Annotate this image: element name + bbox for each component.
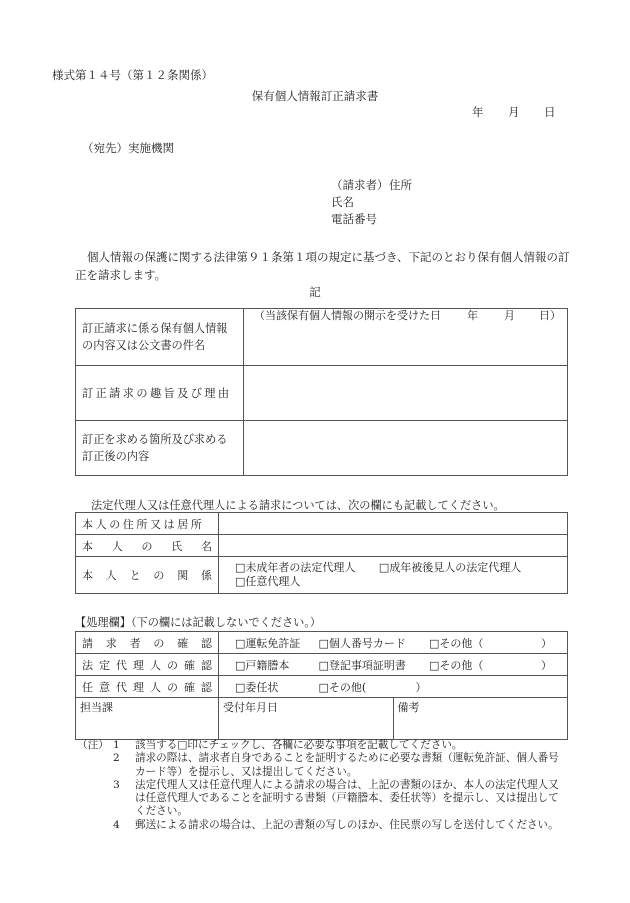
requester-label: （請求者） — [331, 177, 389, 193]
requester-name-label: 氏名 — [331, 194, 354, 210]
checkbox-power-of-attorney[interactable]: 委任状 — [235, 679, 315, 695]
checkbox-other-voluntary-agent[interactable]: その他( — [319, 679, 416, 695]
correction-content-label: 訂正を求める箇所及び求める訂正後の内容 — [76, 421, 244, 476]
notes-prefix: （注） — [77, 739, 113, 752]
correction-request-table: 訂正請求に係る保有個人情報の内容又は公文書の件名 （当該保有個人情報の開示を受け… — [75, 308, 568, 476]
processing-table: 請求者の確認 運転免許証 個人番号カード その他（） 法定代理人の確認 戸籍謄本… — [75, 631, 568, 740]
received-date-field: 受付年月日 — [219, 698, 394, 740]
requester-check-label: 請求者の確認 — [76, 632, 219, 654]
received-date-label: 受付年月日 — [223, 701, 278, 714]
subject-label: 訂正請求に係る保有個人情報の内容又は公文書の件名 — [76, 309, 244, 366]
principal-name-field[interactable] — [219, 535, 568, 557]
processing-section-title: 【処理欄】（下の欄には記載しないでください。） — [75, 614, 321, 630]
disclosure-year: 年 — [467, 309, 478, 323]
checkbox-adult-guardian[interactable]: 成年被後見人の法定代理人 — [379, 561, 521, 575]
table-row: 本人の氏名 — [76, 535, 568, 557]
disclosure-day: 日） — [539, 309, 561, 323]
intro-paragraph: 個人情報の保護に関する法律第９１条第１項の規定に基づき、下記のとおり保有個人情報… — [75, 248, 575, 284]
checkbox-minor-guardian[interactable]: 未成年者の法定代理人 — [235, 561, 355, 575]
table-row: 本人の住所又は居所 — [76, 513, 568, 535]
note-item: 3 法定代理人又は任意代理人による請求の場合は、上記の書類のほか、本人の法定代理… — [77, 779, 565, 819]
department-field: 担当課 — [76, 698, 219, 740]
relationship-label: 本人との関係 — [76, 557, 219, 594]
principal-name-label: 本人の氏名 — [76, 535, 219, 557]
document-title: 保有個人情報訂正請求書 — [0, 88, 630, 104]
disclosure-date-note: （当該保有個人情報の開示を受けた日 — [254, 309, 441, 323]
table-row: 担当課 受付年月日 備考 — [76, 698, 568, 740]
note-item: （注） 1 該当する□印にチェックし、各欄に必要な事項を記載してください。 — [77, 739, 565, 752]
addressee: （宛先）実施機関 — [82, 140, 174, 156]
reason-field[interactable] — [244, 366, 568, 421]
remarks-label: 備考 — [398, 701, 420, 714]
representative-table: 本人の住所又は居所 本人の氏名 本人との関係 未成年者の法定代理人 成年被後見人… — [75, 512, 568, 594]
remarks-field: 備考 — [393, 698, 568, 740]
requester-address-label: 住所 — [389, 177, 412, 193]
checkbox-other-requester[interactable]: その他（ — [429, 635, 541, 651]
disclosure-month: 月 — [504, 309, 515, 323]
table-row: 請求者の確認 運転免許証 個人番号カード その他（） — [76, 632, 568, 654]
voluntary-agent-check-label: 任意代理人の確認 — [76, 676, 219, 698]
reason-label: 訂正請求の趣旨及び理由 — [76, 366, 244, 421]
requester-phone-label: 電話番号 — [331, 211, 377, 227]
table-row: 任意代理人の確認 委任状 その他(） — [76, 676, 568, 698]
legal-agent-check-options: 戸籍謄本 登記事項証明書 その他（） — [219, 654, 568, 676]
checkbox-other-legal-agent[interactable]: その他（ — [429, 657, 541, 673]
date-year-label: 年 — [472, 104, 484, 120]
table-row: 訂正請求の趣旨及び理由 — [76, 366, 568, 421]
form-number: 様式第１４号（第１２条関係） — [52, 67, 213, 83]
requester-check-options: 運転免許証 個人番号カード その他（） — [219, 632, 568, 654]
checkbox-registry-certificate[interactable]: 登記事項証明書 — [319, 657, 426, 673]
voluntary-agent-check-options: 委任状 その他(） — [219, 676, 568, 698]
representative-note: 法定代理人又は任意代理人による請求については、次の欄にも記載してください。 — [91, 497, 505, 513]
principal-name-text: 本人の氏名 — [82, 538, 212, 554]
table-row: 法定代理人の確認 戸籍謄本 登記事項証明書 その他（） — [76, 654, 568, 676]
relationship-text: 本人との関係 — [82, 567, 212, 583]
table-row: 訂正請求に係る保有個人情報の内容又は公文書の件名 （当該保有個人情報の開示を受け… — [76, 309, 568, 366]
checkbox-drivers-license[interactable]: 運転免許証 — [235, 635, 315, 651]
date-month-label: 月 — [508, 104, 520, 120]
principal-address-label: 本人の住所又は居所 — [76, 513, 219, 535]
ki-heading: 記 — [0, 284, 630, 300]
checkbox-family-register[interactable]: 戸籍謄本 — [235, 657, 315, 673]
correction-content-field[interactable] — [244, 421, 568, 476]
checkbox-my-number-card[interactable]: 個人番号カード — [319, 635, 426, 651]
date-day-label: 日 — [544, 104, 556, 120]
relationship-options: 未成年者の法定代理人 成年被後見人の法定代理人 任意代理人 — [219, 557, 568, 594]
table-row: 訂正を求める箇所及び求める訂正後の内容 — [76, 421, 568, 476]
note-item: 4 郵送による請求の場合は、上記の書類の写しのほか、住民票の写しを送付してくださ… — [77, 819, 565, 832]
note-item: 2 請求の際は、請求者自身であることを証明するために必要な書類（運転免許証、個人… — [77, 752, 565, 779]
department-label: 担当課 — [80, 701, 113, 714]
subject-field[interactable]: （当該保有個人情報の開示を受けた日 年 月 日） — [244, 309, 568, 366]
principal-address-field[interactable] — [219, 513, 568, 535]
checkbox-voluntary-agent[interactable]: 任意代理人 — [235, 575, 300, 589]
legal-agent-check-label: 法定代理人の確認 — [76, 654, 219, 676]
intro-text: 個人情報の保護に関する法律第９１条第１項の規定に基づき、下記のとおり保有個人情報… — [75, 250, 570, 282]
table-row: 本人との関係 未成年者の法定代理人 成年被後見人の法定代理人 任意代理人 — [76, 557, 568, 594]
notes-section: （注） 1 該当する□印にチェックし、各欄に必要な事項を記載してください。 2 … — [77, 739, 565, 832]
